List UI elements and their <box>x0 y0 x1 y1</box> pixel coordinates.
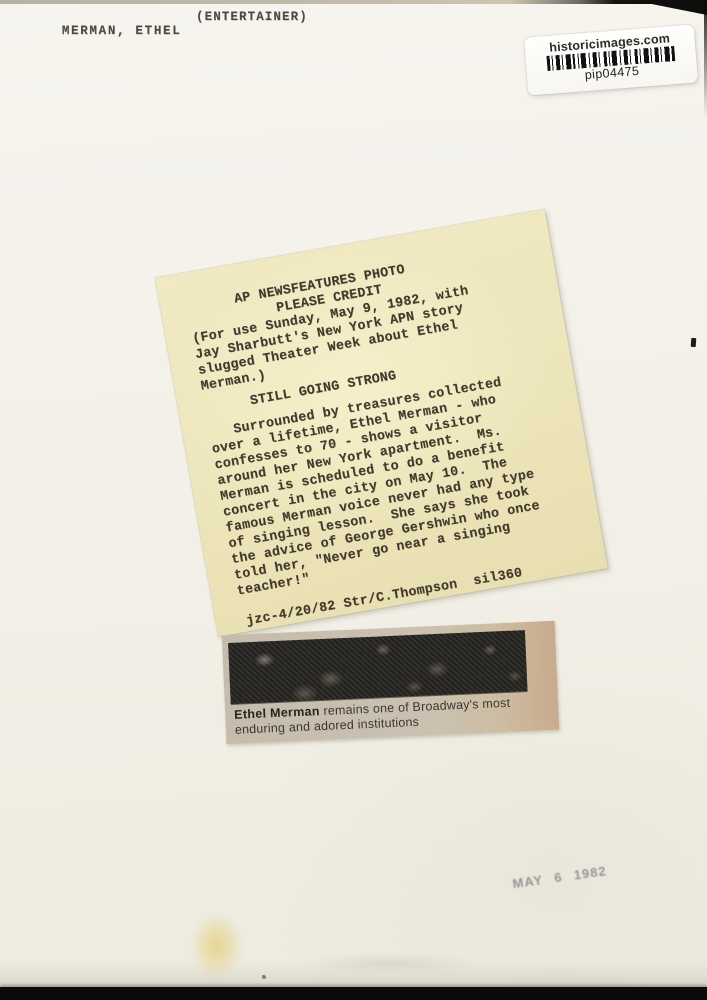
newspaper-clipping: Ethel Merman remains one of Broadway's m… <box>222 621 559 744</box>
paper-stain <box>191 913 243 979</box>
clipping-halftone-image <box>228 630 527 704</box>
paper-speck <box>262 975 266 979</box>
filing-header: MERMAN, ETHEL (ENTERTAINER) <box>25 10 455 30</box>
filing-name: MERMAN, ETHEL <box>62 24 182 38</box>
scanner-top-edge <box>0 0 707 4</box>
paper-smudge <box>300 952 480 974</box>
photo-back-scan: MERMAN, ETHEL (ENTERTAINER) historicimag… <box>0 0 707 1000</box>
filing-role: (ENTERTAINER) <box>196 10 308 24</box>
typed-caption-label: AP NEWSFEATURES PHOTO PLEASE CREDIT (For… <box>155 209 607 636</box>
ink-mark <box>691 338 697 347</box>
scanner-bottom-edge <box>0 987 707 1000</box>
